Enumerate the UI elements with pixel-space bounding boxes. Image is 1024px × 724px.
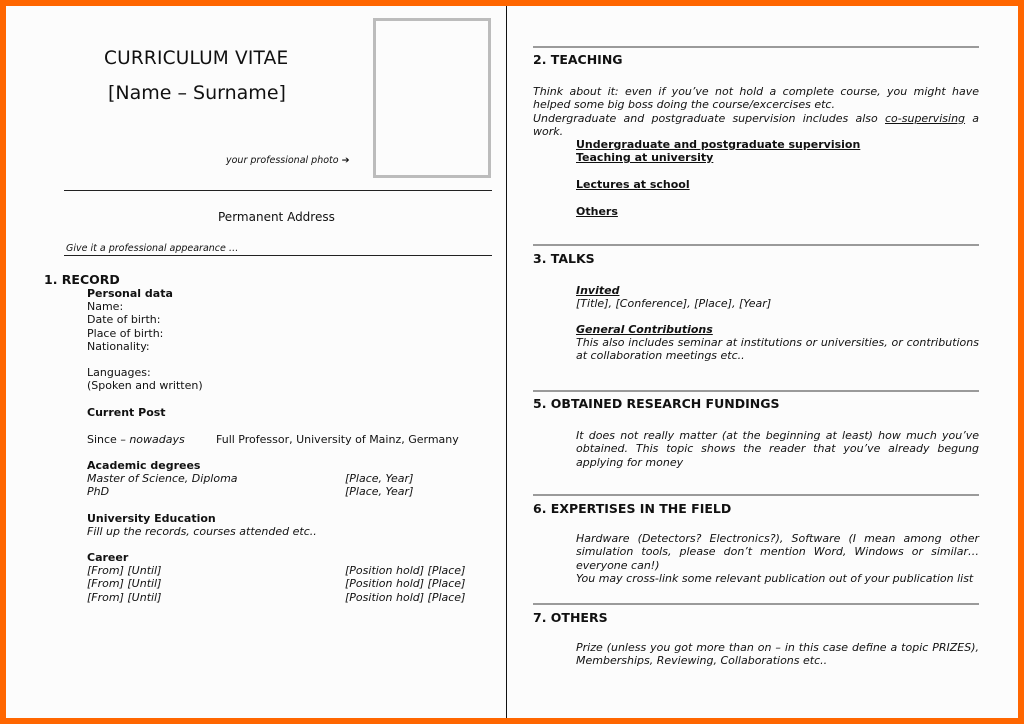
teaching-item-supervision: Undergraduate and postgraduate supervisi… <box>576 138 860 151</box>
degree-2: PhD <box>87 485 109 498</box>
career-position-1: [Position hold] [Place] <box>345 564 465 577</box>
section-record-heading: 1. RECORD <box>44 272 120 287</box>
expertises-rule <box>533 494 979 496</box>
section-teaching-heading: 2. TEACHING <box>533 52 623 67</box>
section-others-heading: 7. OTHERS <box>533 610 608 625</box>
current-post-since: Since – nowadays <box>87 433 185 446</box>
cv-name: [Name – Surname] <box>108 82 286 104</box>
teaching-intro-2a: Undergraduate and postgraduate supervisi… <box>533 112 885 125</box>
since-label: Since – <box>87 433 129 446</box>
field-languages: Languages: <box>87 366 203 379</box>
photo-label: your professional photo ➔ <box>226 155 350 166</box>
teaching-intro-2: Undergraduate and postgraduate supervisi… <box>533 112 979 139</box>
others-rule <box>533 603 979 605</box>
teaching-item-university: Teaching at university <box>576 151 713 164</box>
career-period-2: [From] [Until] <box>87 577 161 590</box>
personal-data-block: Personal data Name: Date of birth: Place… <box>87 287 203 419</box>
address-rule <box>64 255 492 256</box>
cv-title: CURRICULUM VITAE <box>104 48 288 69</box>
section-fundings-heading: 5. OBTAINED RESEARCH FUNDINGS <box>533 396 779 411</box>
photo-placeholder[interactable] <box>373 18 491 178</box>
permanent-address: Permanent Address <box>218 210 335 224</box>
teaching-rule <box>533 46 979 48</box>
career-heading: Career <box>87 551 128 564</box>
header-rule <box>64 190 492 191</box>
field-date-of-birth: Date of birth: <box>87 313 203 326</box>
co-supervising-link: co-supervising <box>885 112 965 125</box>
talks-invited-heading: Invited <box>576 284 619 297</box>
nowadays-label: nowadays <box>129 433 184 446</box>
current-post-position: Full Professor, University of Mainz, Ger… <box>216 433 459 446</box>
fundings-text: It does not really matter (at the beginn… <box>576 429 979 469</box>
talks-rule <box>533 244 979 246</box>
teaching-item-school: Lectures at school <box>576 178 690 191</box>
field-languages-note: (Spoken and written) <box>87 379 203 392</box>
degree-1: Master of Science, Diploma <box>87 472 238 485</box>
page-divider <box>506 6 507 718</box>
academic-degrees-heading: Academic degrees <box>87 459 200 472</box>
university-education-text: Fill up the records, courses attended et… <box>87 525 317 538</box>
talks-general-heading: General Contributions <box>576 323 713 336</box>
personal-data-heading: Personal data <box>87 287 203 300</box>
cv-page: CURRICULUM VITAE [Name – Surname] your p… <box>6 6 1018 718</box>
talks-general-text: This also includes seminar at institutio… <box>576 336 979 363</box>
field-name: Name: <box>87 300 203 313</box>
appearance-hint: Give it a professional appearance … <box>66 243 238 254</box>
expertises-text-1: Hardware (Detectors? Electronics?), Soft… <box>576 532 979 572</box>
teaching-intro-1: Think about it: even if you’ve not hold … <box>533 85 979 112</box>
talks-invited-text: [Title], [Conference], [Place], [Year] <box>576 297 771 310</box>
degree-2-where: [Place, Year] <box>345 485 413 498</box>
fundings-rule <box>533 390 979 392</box>
section-talks-heading: 3. TALKS <box>533 251 595 266</box>
career-position-3: [Position hold] [Place] <box>345 591 465 604</box>
career-period-1: [From] [Until] <box>87 564 161 577</box>
section-expertises-heading: 6. EXPERTISES IN THE FIELD <box>533 501 731 516</box>
teaching-item-others: Others <box>576 205 618 218</box>
current-post-heading: Current Post <box>87 406 203 419</box>
degree-1-where: [Place, Year] <box>345 472 413 485</box>
teaching-intro: Think about it: even if you’ve not hold … <box>533 85 979 138</box>
career-period-3: [From] [Until] <box>87 591 161 604</box>
expertises-text-2: You may cross-link some relevant publica… <box>576 572 973 585</box>
field-nationality: Nationality: <box>87 340 203 353</box>
career-position-2: [Position hold] [Place] <box>345 577 465 590</box>
field-place-of-birth: Place of birth: <box>87 327 203 340</box>
others-text: Prize (unless you got more than on – in … <box>576 641 979 668</box>
university-education-heading: University Education <box>87 512 216 525</box>
